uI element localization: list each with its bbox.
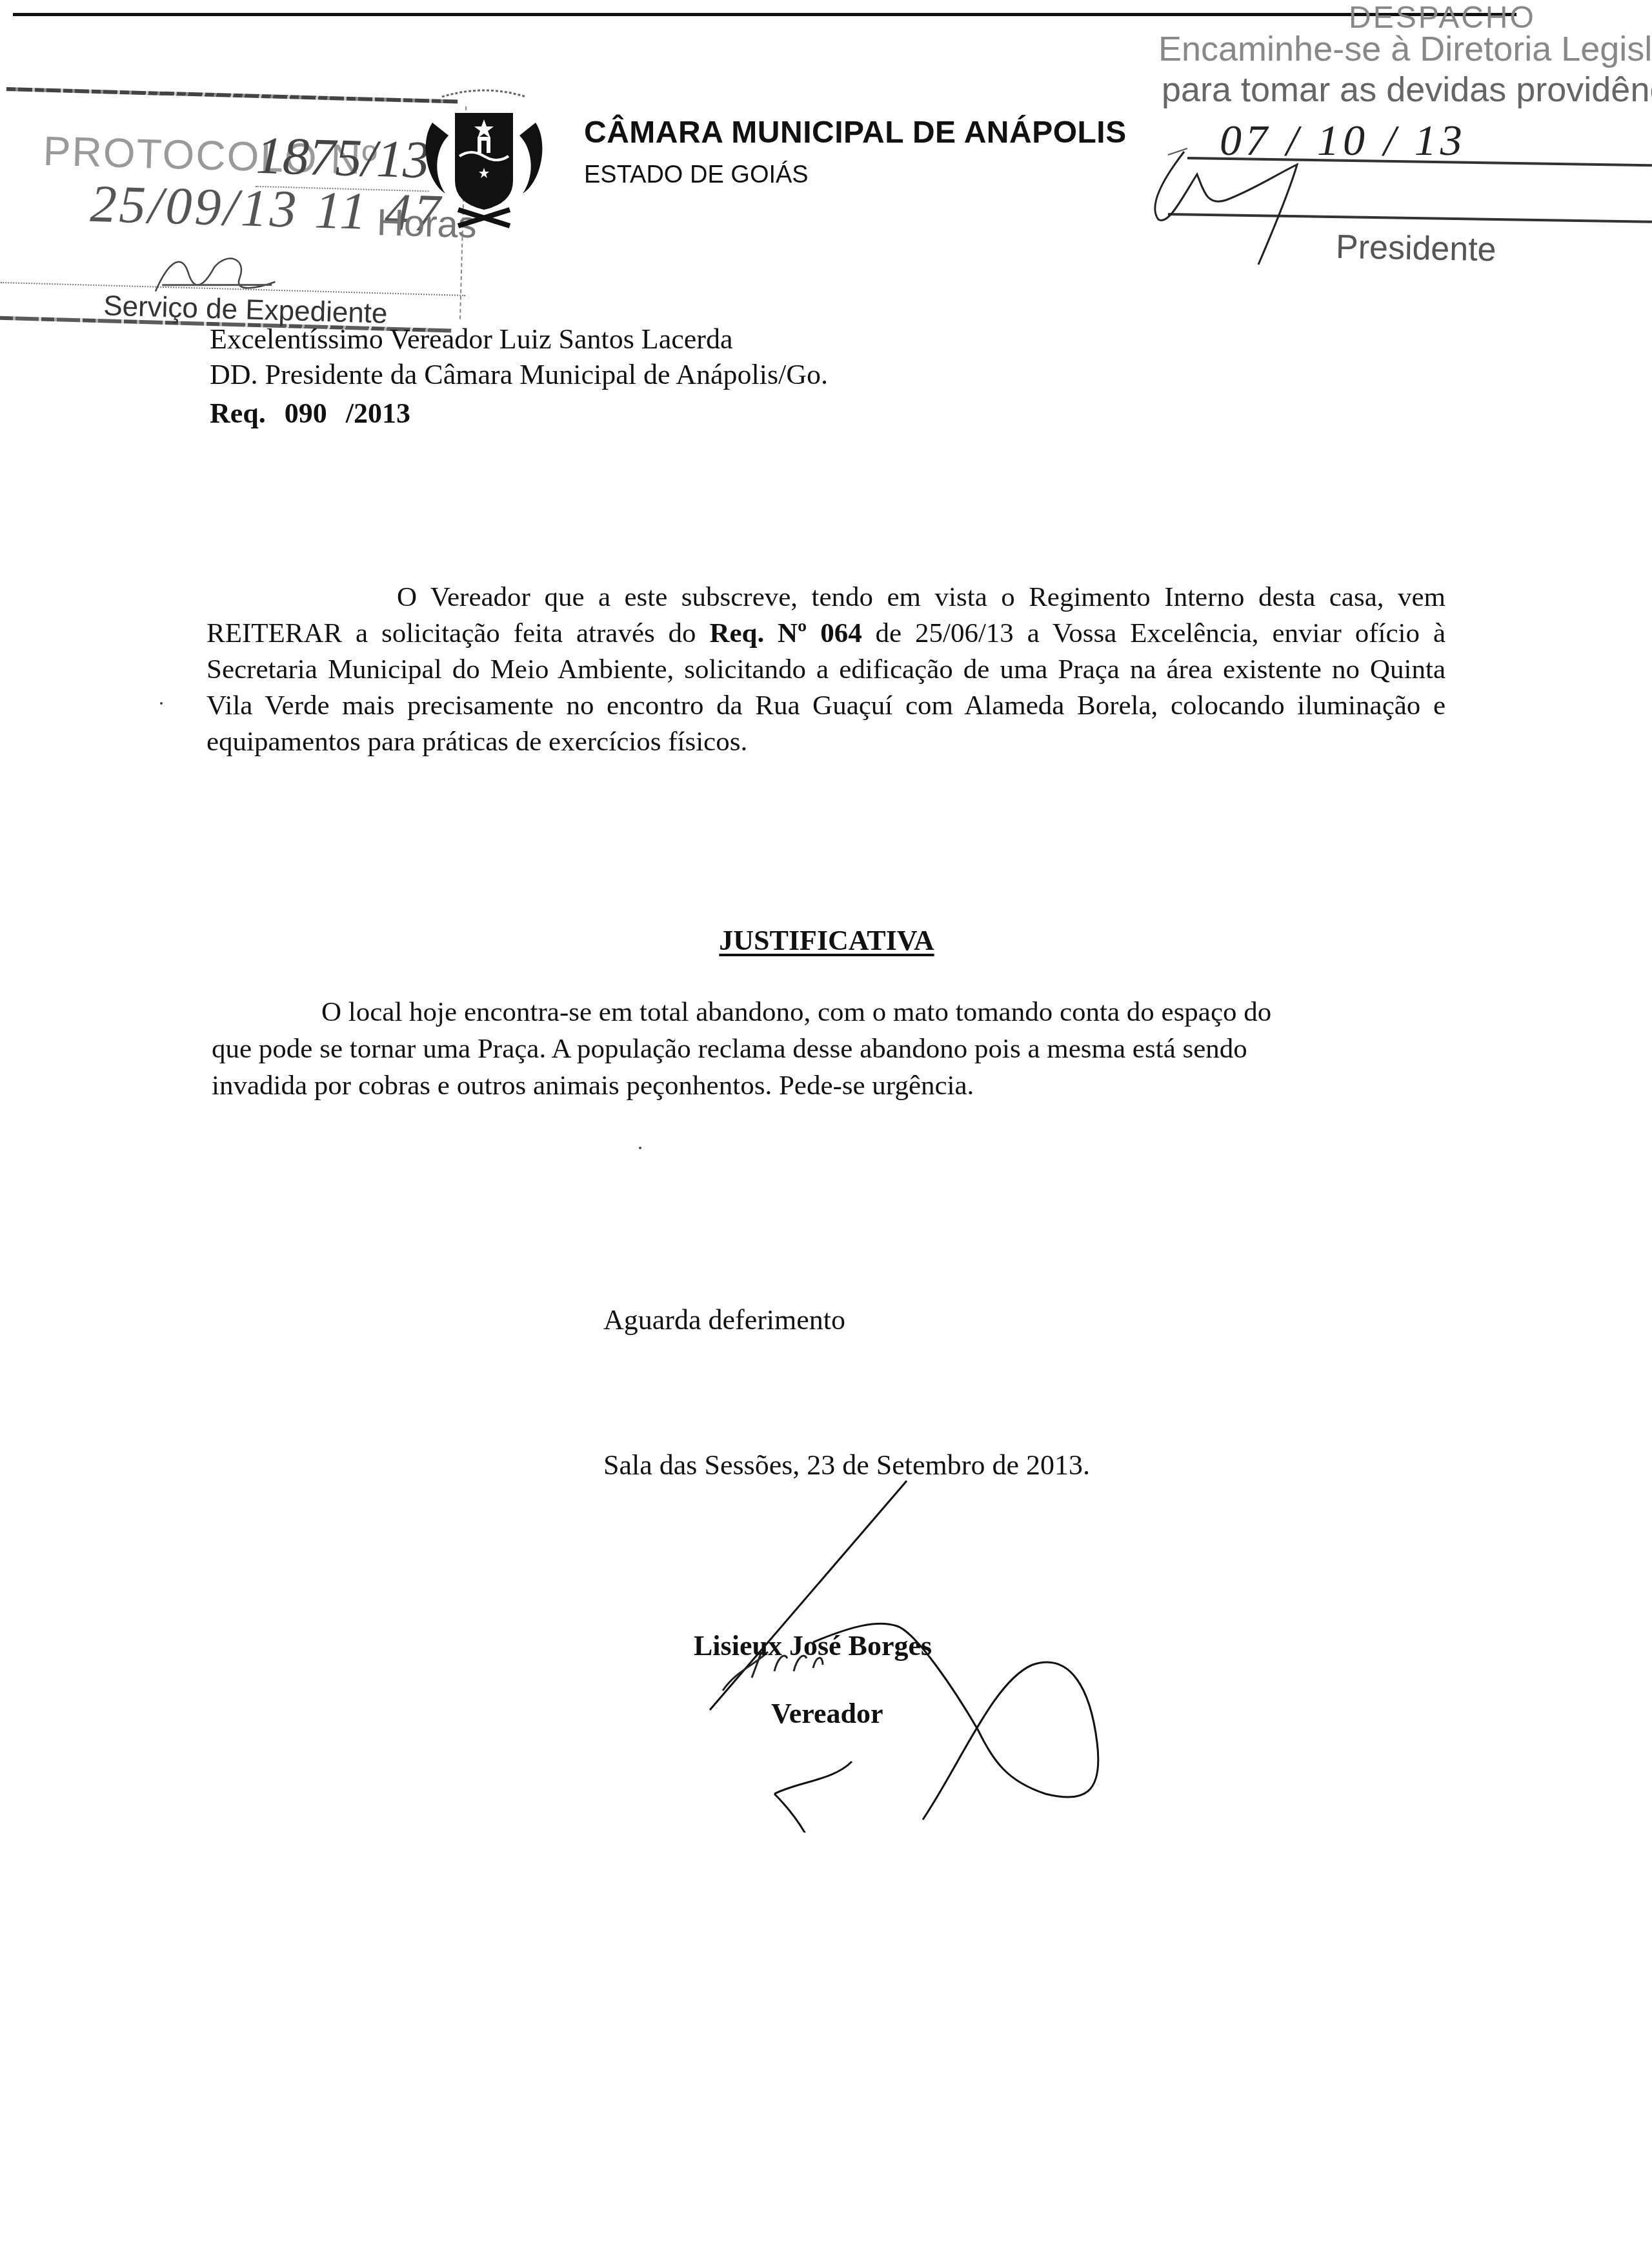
- justification-line: que pode se tornar uma Praça. A populaçã…: [212, 1030, 1470, 1067]
- justification-body: O local hoje encontra-se em total abando…: [212, 994, 1470, 1104]
- stamp-border: [6, 87, 458, 104]
- reference-request: Req. Nº 064: [709, 618, 861, 648]
- signer-role: Vereador: [771, 1697, 883, 1730]
- justification-line: O local hoje encontra-se em total abando…: [212, 994, 1470, 1030]
- request-body: O Vereador que a este subscreve, tendo e…: [206, 579, 1445, 760]
- scan-speck: [639, 1147, 641, 1149]
- organization-state: ESTADO DE GOIÁS: [584, 161, 809, 189]
- signer-name: Lisieux José Borges: [694, 1629, 932, 1662]
- justification-line: invadida por cobras e outros animais peç…: [212, 1067, 1470, 1104]
- organization-name: CÂMARA MUNICIPAL DE ANÁPOLIS: [584, 115, 1127, 150]
- addressee-title: DD. Presidente da Câmara Municipal de An…: [210, 358, 828, 391]
- request-body-paragraph: O Vereador que a este subscreve, tendo e…: [206, 579, 1445, 760]
- scan-speck: [160, 702, 163, 705]
- protocol-stamp: PROTOCOLO Nº 1875/13 25/09/13 11 47 Hora…: [0, 81, 471, 336]
- request-year: /2013: [346, 397, 410, 429]
- dispatch-signature-icon: [1149, 129, 1355, 284]
- addressee-name: Excelentíssimo Vereador Luiz Santos Lace…: [210, 323, 732, 356]
- dispatch-signer-role: Presidente: [1335, 228, 1496, 269]
- request-number: Req. 090 /2013: [210, 397, 410, 430]
- stamp-date-value: 25/09/13: [89, 174, 299, 239]
- justification-title: JUSTIFICATIVA: [718, 925, 934, 956]
- request-label: Req.: [210, 397, 266, 429]
- request-number-value: 090: [285, 397, 327, 429]
- justification-heading: JUSTIFICATIVA: [0, 924, 1652, 957]
- coat-of-arms-icon: [419, 84, 549, 229]
- dispatch-line-1: Encaminhe-se à Diretoria Legisl: [1158, 29, 1652, 69]
- closing-text: Aguarda deferimento: [603, 1303, 845, 1336]
- dispatch-line-2: para tomar as devidas providênc: [1162, 70, 1652, 110]
- dispatch-stamp: DESPACHO Encaminhe-se à Diretoria Legisl…: [1149, 0, 1652, 284]
